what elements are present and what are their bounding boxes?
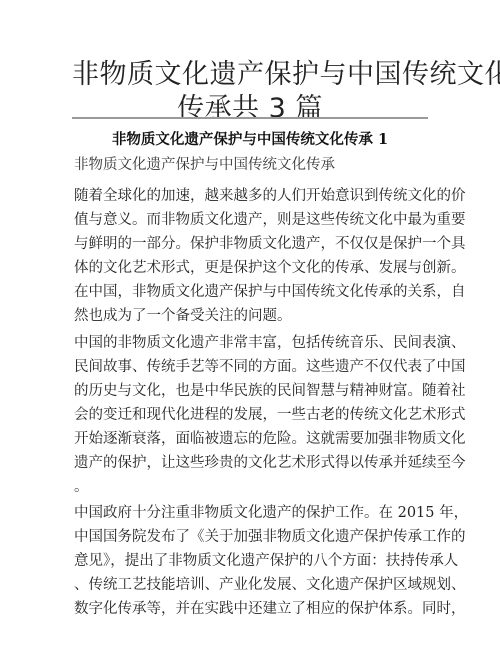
text-line: 与鲜明的一部分。保护非物质文化遗产，不仅仅是保护一个具: [74, 232, 430, 256]
document-title: 非物质文化遗产保护与中国传统文化 传承共 3 篇: [72, 58, 428, 126]
title-line: 传承共 3 篇: [72, 92, 428, 126]
text-line: 体的文化艺术形式，更是保护这个文化的传承、发展与创新。: [74, 256, 430, 280]
text-line: 然也成为了一个备受关注的问题。: [74, 304, 430, 328]
subtitle: 非物质文化遗产保护与中国传统文化传承: [74, 155, 335, 175]
text-line: 随着全球化的加速，越来越多的人们开始意识到传统文化的价: [74, 184, 430, 208]
text-line: 在中国，非物质文化遗产保护与中国传统文化传承的关系，自: [74, 280, 430, 304]
text-line: 的历史与文化，也是中华民族的民间智慧与精神财富。随着社: [74, 379, 430, 403]
title-line: 非物质文化遗产保护与中国传统文化: [72, 58, 428, 92]
text-line: 、传统工艺技能培训、产业化发展、文化遗产保护区域规划、: [74, 573, 430, 597]
text-line: 开始逐渐衰落，面临被遗忘的危险。这就需要加强非物质文化: [74, 427, 430, 451]
title-divider: [72, 117, 428, 119]
text-line: 中国政府十分注重非物质文化遗产的保护工作。在 2015 年，: [74, 501, 430, 525]
text-line: 值与意义。而非物质文化遗产，则是这些传统文化中最为重要: [74, 208, 430, 232]
text-line: 民间故事、传统手艺等不同的方面。这些遗产不仅代表了中国: [74, 355, 430, 379]
text-line: 中国国务院发布了《关于加强非物质文化遗产保护传承工作的: [74, 525, 430, 549]
section-heading: 非物质文化遗产保护与中国传统文化传承 1: [72, 130, 428, 150]
text-line: 会的变迁和现代化进程的发展，一些古老的传统文化艺术形式: [74, 403, 430, 427]
paragraph: 随着全球化的加速，越来越多的人们开始意识到传统文化的价 值与意义。而非物质文化遗…: [74, 184, 430, 328]
text-line: 中国的非物质文化遗产非常丰富，包括传统音乐、民间表演、: [74, 331, 430, 355]
text-line: 意见》，提出了非物质文化遗产保护的八个方面：扶持传承人: [74, 549, 430, 573]
paragraph: 中国的非物质文化遗产非常丰富，包括传统音乐、民间表演、 民间故事、传统手艺等不同…: [74, 331, 430, 499]
text-line: 数字化传承等，并在实践中还建立了相应的保护体系。同时，: [74, 597, 430, 621]
text-line: 遗产的保护，让这些珍贵的文化艺术形式得以传承并延续至今: [74, 451, 430, 475]
text-line: 。: [74, 475, 430, 499]
paragraph: 中国政府十分注重非物质文化遗产的保护工作。在 2015 年， 中国国务院发布了《…: [74, 501, 430, 621]
